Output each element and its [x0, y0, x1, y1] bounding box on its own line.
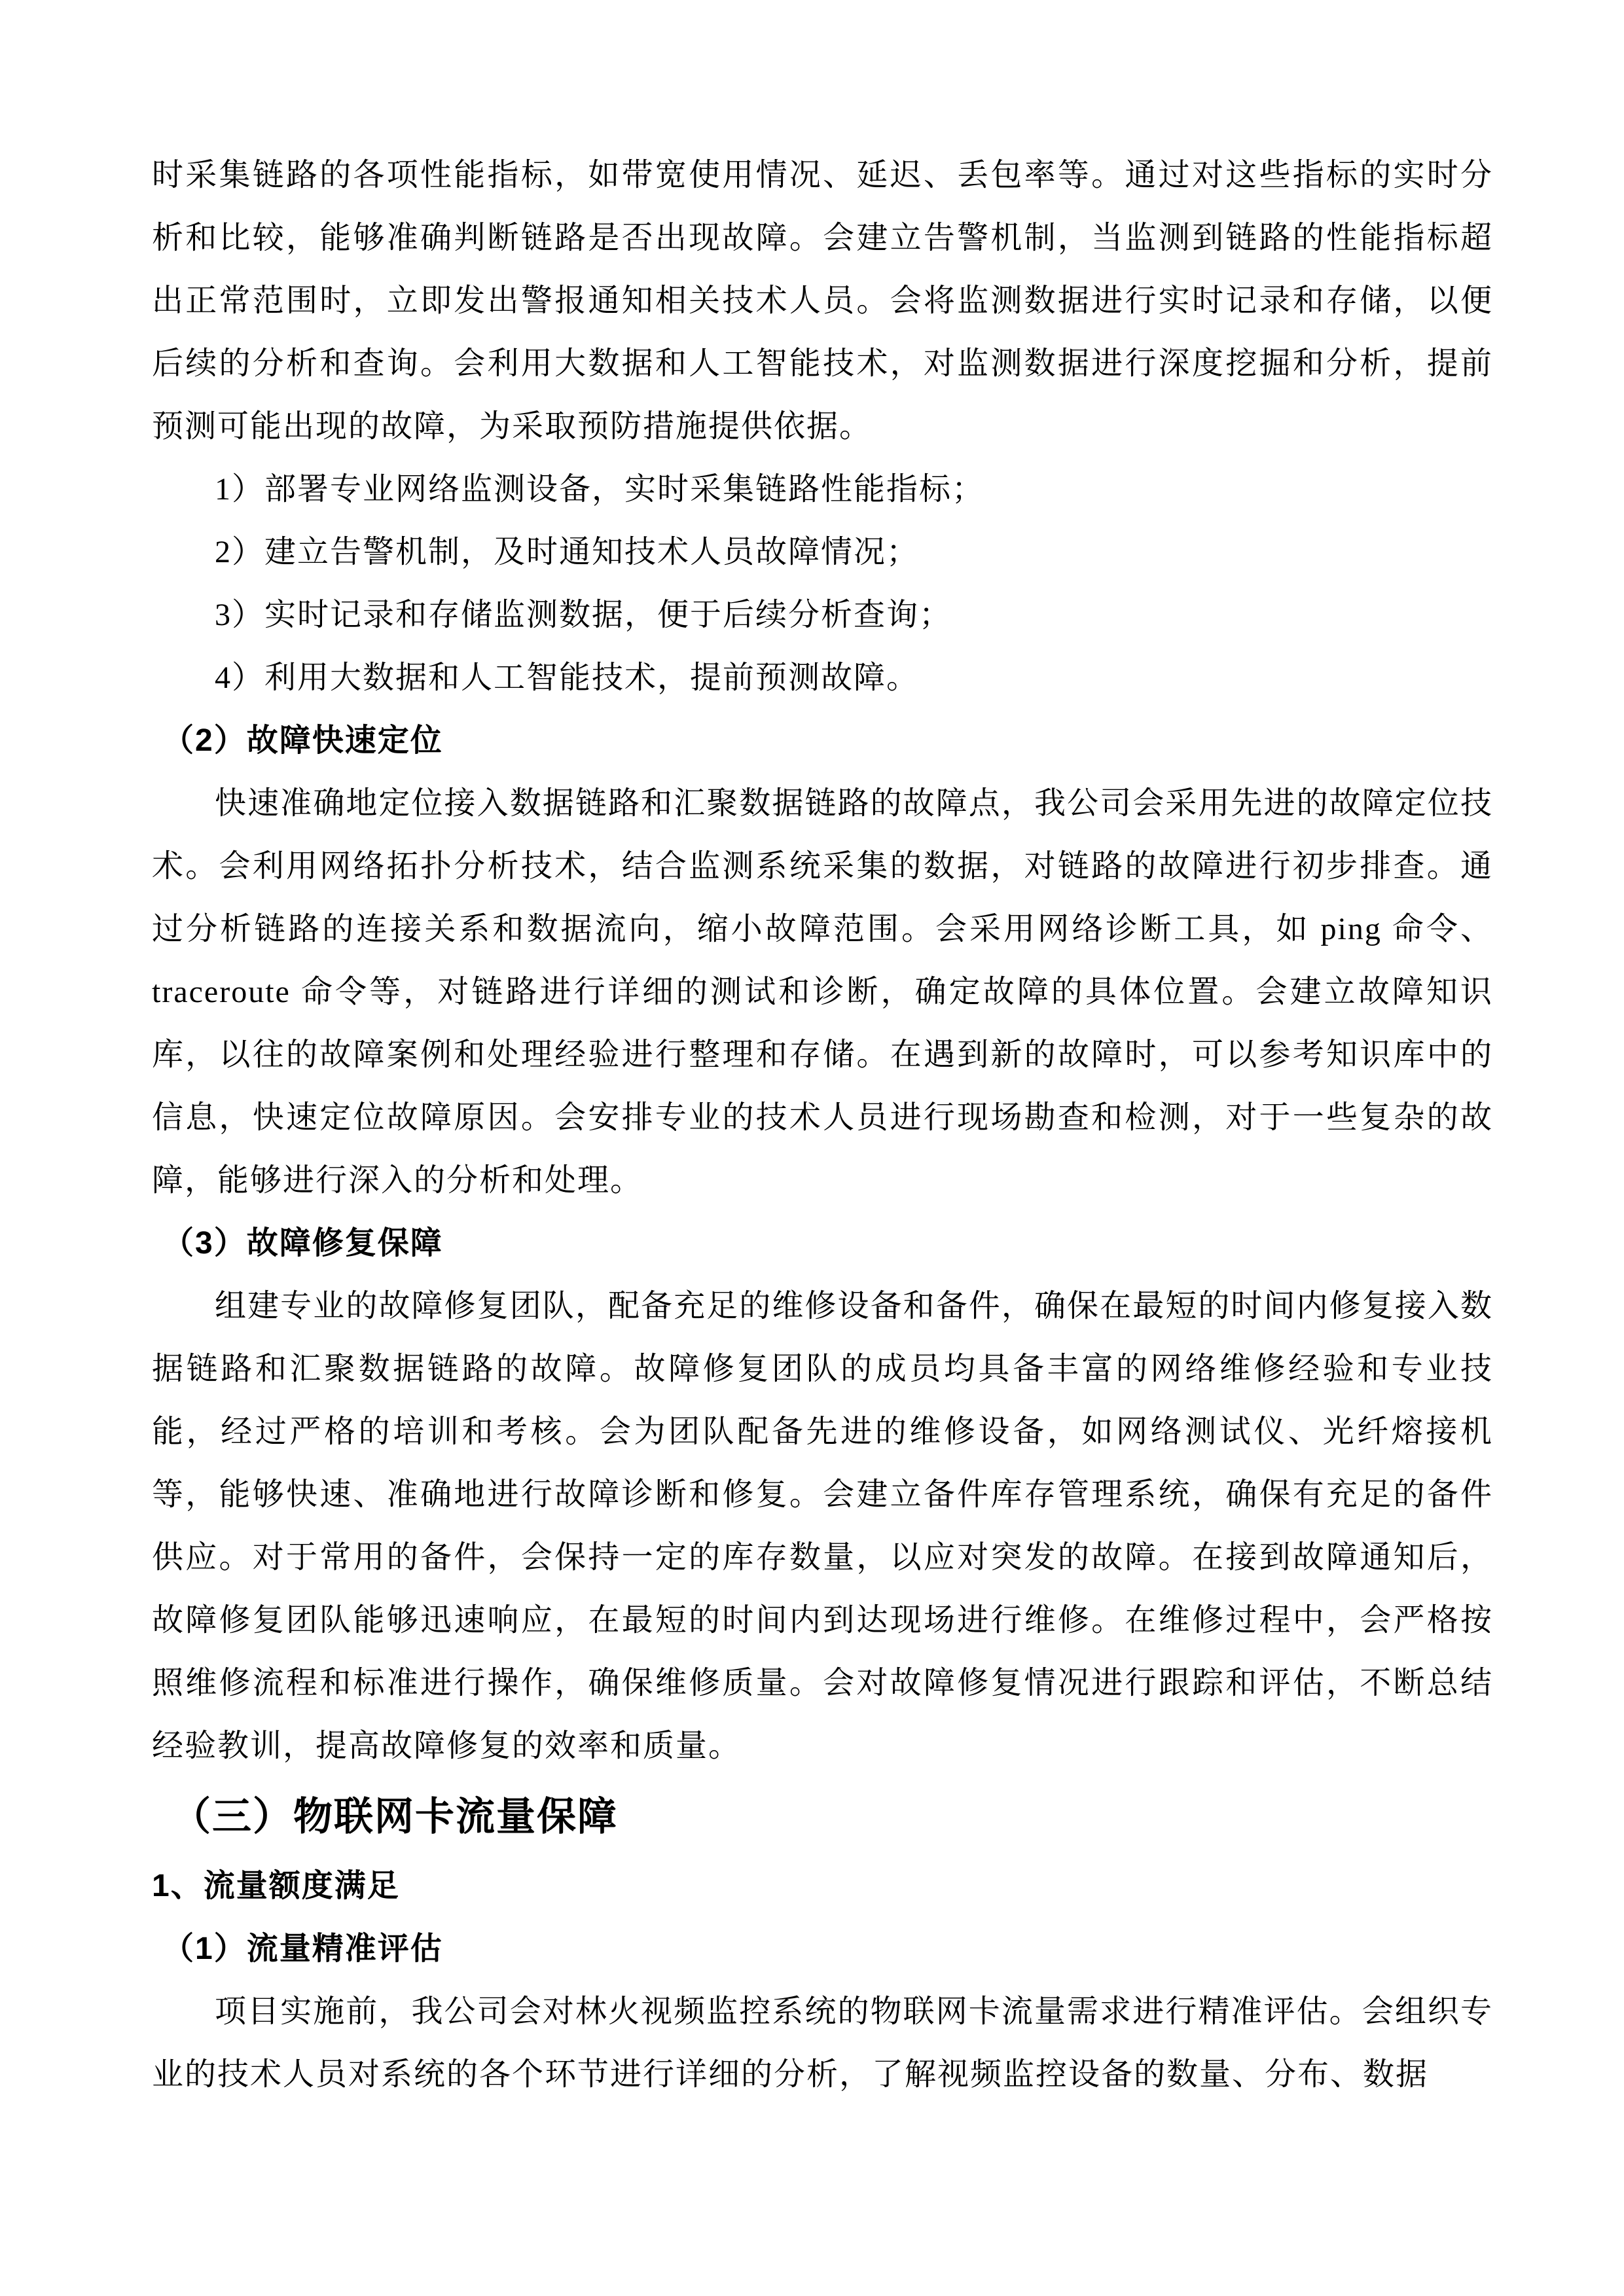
heading-fault-repair-guarantee: （3）故障修复保障 — [152, 1212, 1493, 1275]
heading-iot-card-traffic-guarantee: （三）物联网卡流量保障 — [152, 1782, 1493, 1852]
list-item-1: 1）部署专业网络监测设备，实时采集链路性能指标； — [152, 458, 1493, 521]
list-item-2: 2）建立告警机制，及时通知技术人员故障情况； — [152, 521, 1493, 584]
paragraph-fault-repair: 组建专业的故障修复团队，配备充足的维修设备和备件，确保在最短的时间内修复接入数据… — [152, 1275, 1493, 1778]
heading-traffic-quota-satisfaction: 1、流量额度满足 — [152, 1855, 1493, 1918]
paragraph-fault-location: 快速准确地定位接入数据链路和汇聚数据链路的故障点，我公司会采用先进的故障定位技术… — [152, 772, 1493, 1212]
document-page: 时采集链路的各项性能指标，如带宽使用情况、延迟、丢包率等。通过对这些指标的实时分… — [0, 0, 1624, 2296]
list-item-3: 3）实时记录和存储监测数据，便于后续分析查询； — [152, 584, 1493, 647]
heading-traffic-precise-evaluation: （1）流量精准评估 — [152, 1918, 1493, 1981]
paragraph-monitoring-continuation: 时采集链路的各项性能指标，如带宽使用情况、延迟、丢包率等。通过对这些指标的实时分… — [152, 144, 1493, 458]
heading-fault-quick-location: （2）故障快速定位 — [152, 709, 1493, 772]
paragraph-traffic-evaluation: 项目实施前，我公司会对林火视频监控系统的物联网卡流量需求进行精准评估。会组织专业… — [152, 1981, 1493, 2106]
list-item-4: 4）利用大数据和人工智能技术，提前预测故障。 — [152, 647, 1493, 709]
